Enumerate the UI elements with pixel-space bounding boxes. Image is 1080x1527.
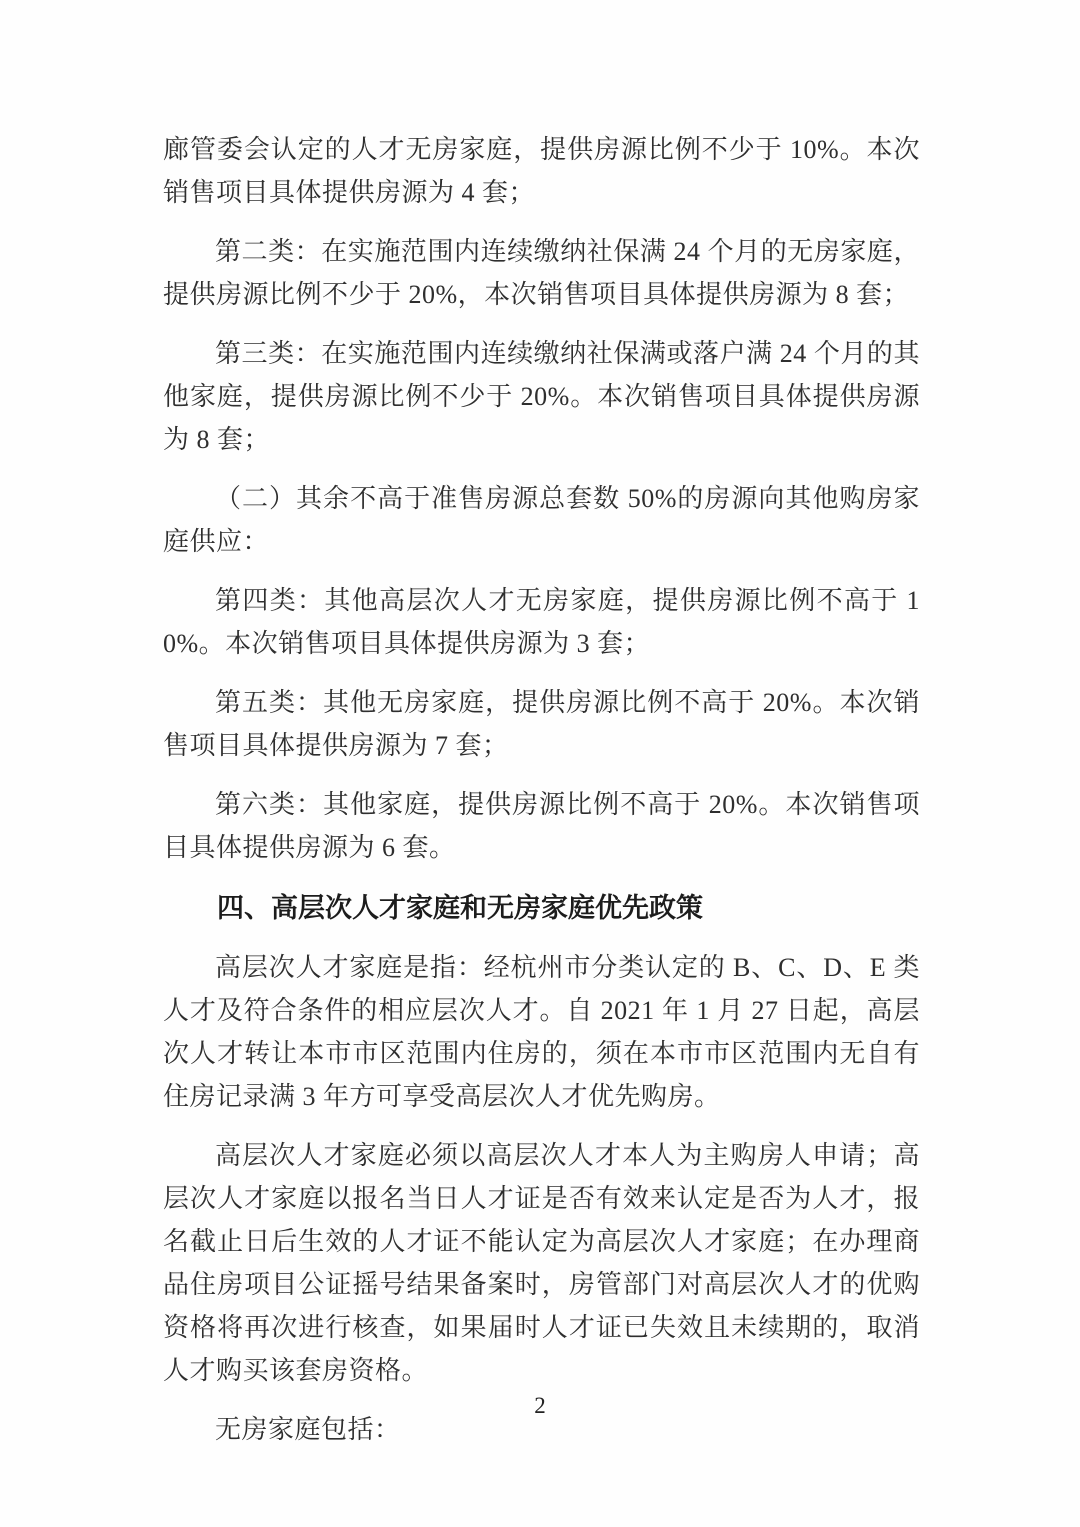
- paragraph-other-families-intro: （二）其余不高于准售房源总套数 50%的房源向其他购房家庭供应：: [163, 477, 920, 563]
- paragraph-type5: 第五类：其他无房家庭，提供房源比例不高于 20%。本次销售项目具体提供房源为 7…: [163, 681, 920, 767]
- paragraph-type3: 第三类：在实施范围内连续缴纳社保满或落户满 24 个月的其他家庭，提供房源比例不…: [163, 332, 920, 461]
- paragraph-type4: 第四类：其他高层次人才无房家庭，提供房源比例不高于 10%。本次销售项目具体提供…: [163, 579, 920, 665]
- paragraph-type6: 第六类：其他家庭，提供房源比例不高于 20%。本次销售项目具体提供房源为 6 套…: [163, 783, 920, 869]
- paragraph-talent-definition: 高层次人才家庭是指：经杭州市分类认定的 B、C、D、E 类人才及符合条件的相应层…: [163, 946, 920, 1118]
- page-number: 2: [0, 1392, 1080, 1420]
- document-body: 廊管委会认定的人才无房家庭，提供房源比例不少于 10%。本次销售项目具体提供房源…: [163, 128, 920, 1451]
- section-heading-4: 四、高层次人才家庭和无房家庭优先政策: [163, 887, 920, 930]
- paragraph-type2: 第二类：在实施范围内连续缴纳社保满 24 个月的无房家庭，提供房源比例不少于 2…: [163, 230, 920, 316]
- paragraph-continuation-type1: 廊管委会认定的人才无房家庭，提供房源比例不少于 10%。本次销售项目具体提供房源…: [163, 128, 920, 214]
- paragraph-talent-verification: 高层次人才家庭必须以高层次人才本人为主购房人申请；高层次人才家庭以报名当日人才证…: [163, 1134, 920, 1392]
- document-page: 廊管委会认定的人才无房家庭，提供房源比例不少于 10%。本次销售项目具体提供房源…: [0, 0, 1080, 1527]
